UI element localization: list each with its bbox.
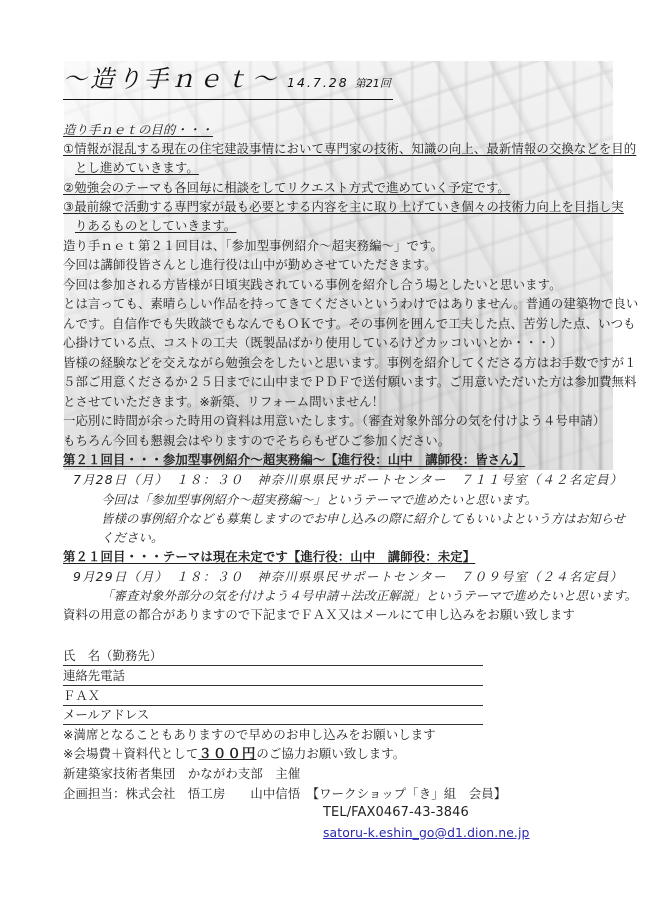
body-line: 皆様の経験などを交えながら勉強会をしたいと思います。事例を紹介してくださる方はお…: [63, 355, 637, 371]
application-note: 資料の用意の都合がありますので下記までＦＡＸ又はメールにて申し込みをお願い致しま…: [63, 607, 575, 623]
tel-fax: TEL/FAX0467-43-3846: [323, 805, 469, 821]
body-line: んです。自信作でも失敗談でもなんでもＯＫです。その事例を囲んで工夫した点、苦労し…: [63, 316, 636, 332]
body-line: もちろん今回も懇親会はやりますのでそちらもぜひご参加ください。: [63, 433, 450, 449]
purpose-item: ②勉強会のテーマも各回毎に相談をしてリクエスト方式で進めていく予定です。: [63, 180, 510, 196]
body-line: 造り手ｎｅｔ第２１回目は、「参加型事例紹介～超実務編～」です。: [63, 238, 443, 254]
fee-note: ※会場費＋資料代として３００円のご協力お願い致します。: [63, 746, 405, 762]
purpose-item: ③最前線で活動する専門家が最も必要とする内容を主に取り上げていき個々の技術力向上…: [63, 199, 624, 215]
fee-suffix: のご協力お願い致します。: [256, 746, 405, 761]
event-1-heading: 第２１回目・・・参加型事例紹介～超実務編～【進行役：山中 講師役：皆さん】: [63, 452, 525, 468]
event-2-note: 「審査対象外部分の気を付けよう４号申請＋法改正解説」というテーマで進めたいと思い…: [101, 588, 637, 604]
form-field-name[interactable]: 氏 名（勤務先）: [63, 647, 483, 666]
body-line: とさせていただきます。※新築、リフォーム問いません！: [63, 394, 384, 410]
flyer-title: ～造り手ｎｅｔ～14.7.28第21回: [63, 64, 393, 100]
form-field-email[interactable]: メールアドレス: [63, 706, 483, 725]
planner: 企画担当：株式会社 悟工房 山中信悟 【ワークショップ「き」組 会員】: [63, 786, 506, 802]
form-field-label: ＦＡＸ: [63, 688, 100, 703]
event-1-note: ください。: [101, 530, 163, 546]
flyer-page: ～造り手ｎｅｔ～14.7.28第21回 造り手ｎｅｔの目的・・・ ①情報が混乱す…: [0, 0, 670, 910]
event-2-heading: 第２１回目・・・テーマは現在未定です【進行役：山中 講師役：未定】: [63, 549, 475, 565]
purpose-item-cont: りあるものとしていきます。: [75, 218, 236, 234]
form-field-label: 連絡先電話: [63, 668, 125, 683]
title-date: 14.7.28: [287, 75, 349, 90]
email-link[interactable]: satoru-k.eshin_go@d1.dion.ne.jp: [323, 825, 529, 841]
purpose-heading: 造り手ｎｅｔの目的・・・: [63, 122, 213, 138]
purpose-item-cont: とし進めていきます。: [75, 160, 199, 176]
body-line: とは言っても、素晴らしい作品を持ってきてくださいというわけではありません。普通の…: [63, 296, 638, 312]
full-seat-note: ※満席となることもありますので早めのお申し込みをお願いします: [63, 727, 436, 743]
title-episode: 第21回: [355, 77, 391, 90]
body-line: 心掛けている点、コストの工夫（既製品ばかり使用しているけどカッコいいとか・・・）: [63, 335, 563, 351]
event-1-note: 皆様の事例紹介なども募集しますのでお申し込みの際に紹介してもいいよという方はお知…: [101, 511, 625, 527]
fee-prefix: ※会場費＋資料代として: [63, 746, 198, 761]
form-field-fax[interactable]: ＦＡＸ: [63, 687, 483, 706]
body-line: 一応別に時間が余った時用の資料は用意いたします。（審査対象外部分の気を付けよう４…: [63, 413, 605, 429]
fee-amount: ３００円: [198, 746, 256, 762]
form-field-label: メールアドレス: [63, 707, 149, 722]
title-text: ～造り手ｎｅｔ～: [63, 65, 279, 93]
event-1-datetime: 7月28日（月） １８：３０ 神奈川県県民サポートセンター ７１１号室（４２名定…: [73, 472, 623, 488]
body-line: 今回は講師役皆さんとし進行役は山中が勤めさせていただきます。: [63, 257, 437, 273]
form-field-label: 氏 名（勤務先）: [63, 648, 162, 663]
purpose-item: ①情報が混乱する現在の住宅建設事情において専門家の技術、知識の向上、最新情報の交…: [63, 141, 636, 157]
organizer: 新建築家技術者集団 かながわ支部 主催: [63, 766, 300, 782]
body-line: ５部ご用意くださるか２５日までに山中までＰＤＦで送付願います。ご用意いただいた方…: [63, 374, 637, 390]
form-field-phone[interactable]: 連絡先電話: [63, 667, 483, 686]
event-2-datetime: 9月29日（月） １８：３０ 神奈川県県民サポートセンター ７０９号室（２４名定…: [73, 569, 623, 585]
event-1-note: 今回は「参加型事例紹介～超実務編～」というテーマで進めたいと思います。: [101, 492, 537, 508]
body-line: 今回は参加される方皆様が日頃実践されている事例を紹介し合う場としたいと思います。: [63, 277, 562, 293]
